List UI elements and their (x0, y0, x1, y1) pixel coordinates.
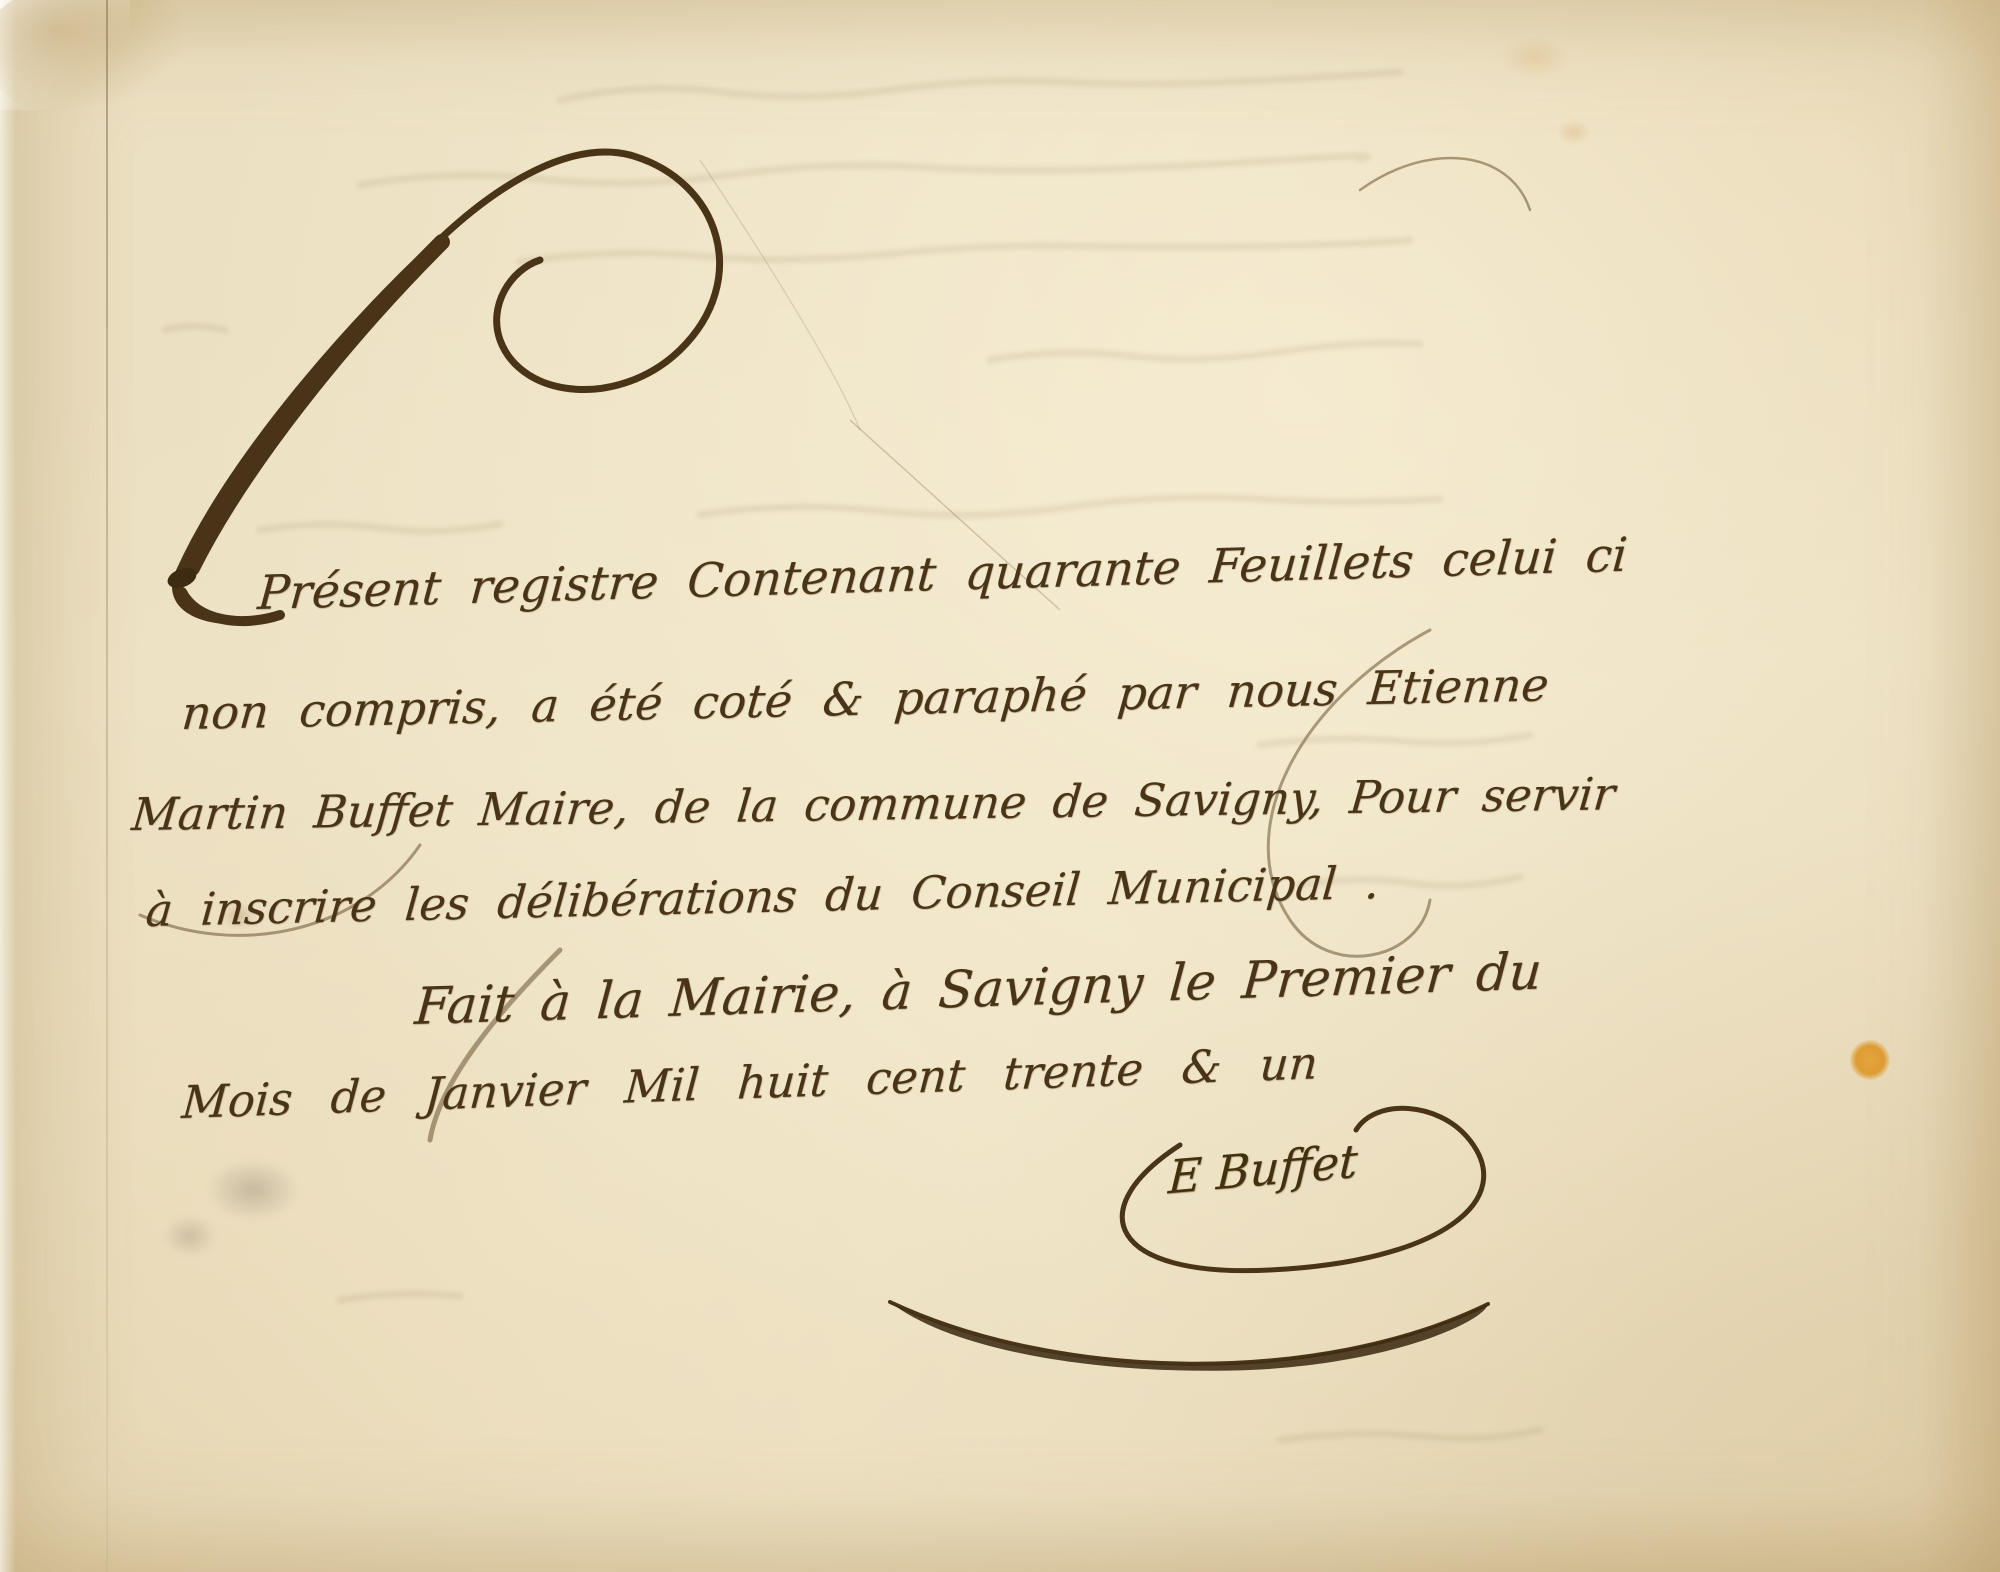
orange-seal-dot (1850, 1040, 1890, 1080)
page-left-edge (0, 0, 16, 1572)
manuscript-line: non compris, a été coté & paraphé par no… (180, 657, 1551, 740)
manuscript-line: Martin Buffet Maire, de la commune de Sa… (130, 767, 1618, 841)
manuscript-line: Fait à la Mairie, à Savigny le Premier d… (413, 943, 1544, 1038)
page-corner-highlight (0, 0, 130, 110)
foxing-spot (1556, 118, 1592, 146)
binding-crease-line (106, 0, 108, 1572)
manuscript-line: Présent registre Contenant quarante Feui… (256, 528, 1629, 621)
signature-paraph-flourish (820, 1060, 1580, 1400)
signature: E Buffet (1167, 1133, 1359, 1204)
manuscript-page: Présent registre Contenant quarante Feui… (0, 0, 2000, 1572)
ink-smudge (162, 1214, 218, 1258)
manuscript-line: Mois de Janvier Mil huit cent trente & u… (180, 1036, 1320, 1129)
foxing-spot (1500, 36, 1570, 80)
ink-smudge (205, 1158, 301, 1222)
manuscript-line: à inscrire les délibérations du Conseil … (144, 856, 1382, 937)
